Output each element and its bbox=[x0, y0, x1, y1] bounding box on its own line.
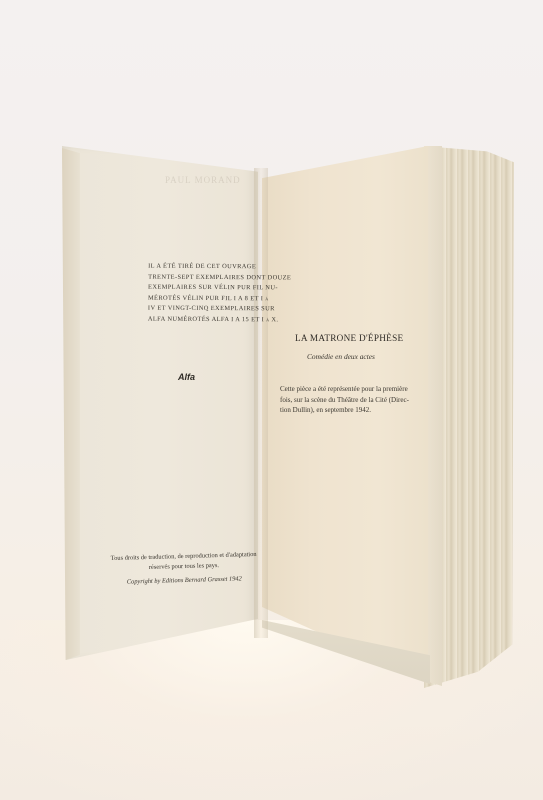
paper-type-label: Alfa bbox=[178, 372, 195, 382]
note-line: fois, sur la scène du Théâtre de la Cité… bbox=[280, 395, 410, 406]
notice-line: EXEMPLAIRES SUR VÉLIN PUR FIL NU- bbox=[148, 283, 278, 294]
play-title: LA MATRONE D'ÉPHÈSE bbox=[295, 333, 403, 343]
play-subtitle: Comédie en deux actes bbox=[307, 352, 375, 361]
notice-line: IV ET VINGT-CINQ EXEMPLAIRES SUR bbox=[148, 304, 278, 315]
notice-line: IL A ÉTÉ TIRÉ DE CET OUVRAGE bbox=[148, 262, 278, 273]
limitation-notice: IL A ÉTÉ TIRÉ DE CET OUVRAGE TRENTE-SEPT… bbox=[148, 262, 278, 326]
performance-note: Cette pièce a été représentée pour la pr… bbox=[280, 384, 410, 416]
notice-line: ALFA NUMÉROTÉS ALFA I A 15 ET I à X. bbox=[148, 314, 278, 325]
photo-scene: PAUL MORAND IL A ÉTÉ TIRÉ DE CET OUVRAGE… bbox=[0, 0, 543, 800]
left-page-edge bbox=[62, 148, 80, 660]
notice-line: MÉROTÉS VÉLIN PUR FIL I A 8 ET I à bbox=[148, 293, 278, 304]
rights-notice: Tous droits de traduction, de reproducti… bbox=[104, 550, 265, 588]
notice-line: TRENTE-SEPT EXEMPLAIRES DONT DOUZE bbox=[148, 272, 278, 283]
note-line: Cette pièce a été représentée pour la pr… bbox=[280, 384, 410, 395]
note-line: tion Dullin), en septembre 1942. bbox=[280, 405, 410, 416]
show-through-title: PAUL MORAND bbox=[165, 175, 241, 185]
